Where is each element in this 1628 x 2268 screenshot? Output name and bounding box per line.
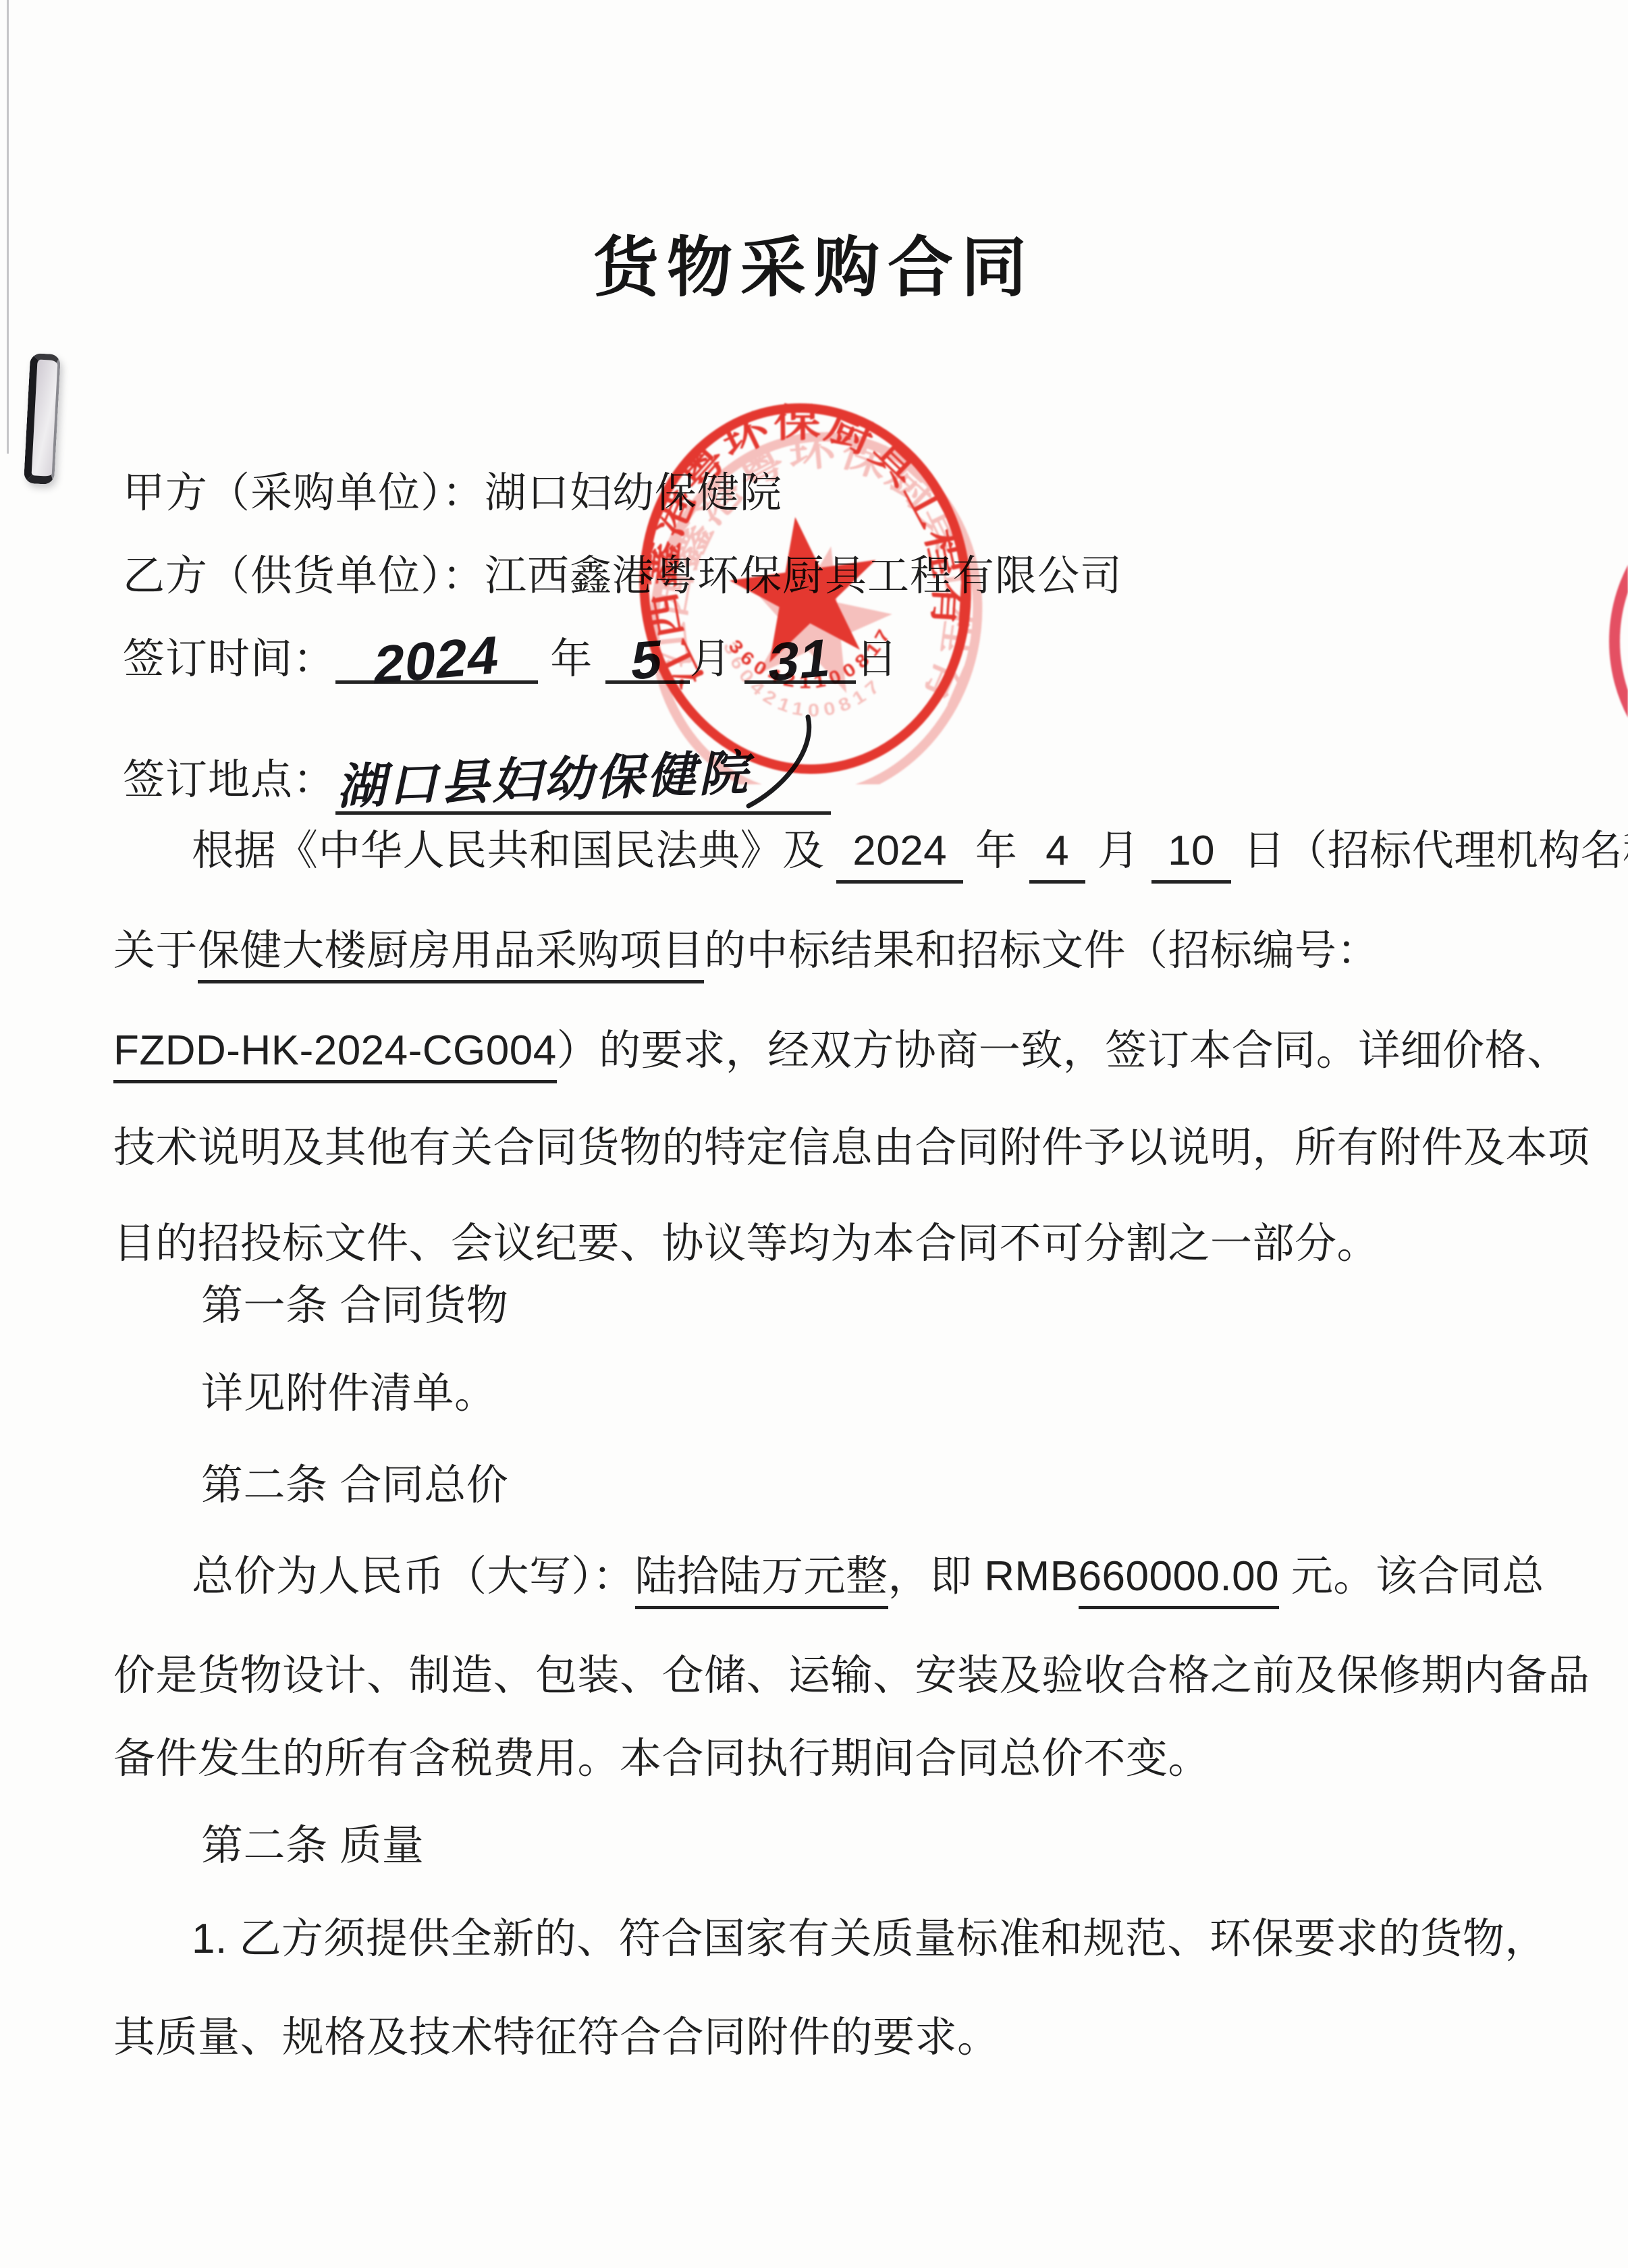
clause-heading: 第二条 合同总价 xyxy=(113,1451,1628,1511)
contract-line: 价是货物设计、制造、包装、仓储、运输、安装及验收合格之前及保修期内备品 xyxy=(113,1642,1558,1702)
year-unit: 年 xyxy=(550,636,593,682)
sign-time-year-blank: 2024 xyxy=(335,630,538,684)
contract-line: 详见附件清单。 xyxy=(113,1359,1628,1420)
sign-time-label: 签订时间： xyxy=(123,636,335,682)
clause-heading: 第一条 合同货物 xyxy=(113,1272,1628,1332)
contract-line: 技术说明及其他有关合同货物的特定信息由合同附件予以说明，所有附件及本项 xyxy=(113,1114,1558,1174)
contract-line: 备件发生的所有含税费用。本合同执行期间合同总价不变。 xyxy=(113,1725,1558,1785)
partial-stamp-right-edge xyxy=(1540,498,1628,788)
staple-mark xyxy=(24,353,61,485)
company-seal-stamp: 江西鑫港粤环保厨具工程有限公司 360421100817 xyxy=(626,393,984,784)
party-b-label: 乙方（供货单位）： xyxy=(123,553,485,599)
clause-heading: 第二条 质量 xyxy=(113,1812,1628,1872)
contract-line: 目的招投标文件、会议纪要、协议等均为本合同不可分割之一部分。 xyxy=(113,1210,1558,1270)
contract-line: FZDD-HK-2024-CG004）的要求，经双方协商一致，签订本合同。详细价… xyxy=(113,1017,1558,1077)
contract-line: 总价为人民币（大写）：陆拾陆万元整，即 RMB660000.00 元。该合同总 xyxy=(113,1542,1558,1602)
handwritten-year: 2024 xyxy=(371,630,502,690)
contract-line: 其质量、规格及技术特征符合合同附件的要求。 xyxy=(113,2003,1558,2063)
page-title: 货物采购合同 xyxy=(0,215,1628,309)
contract-page: 货物采购合同 甲方（采购单位）：湖口妇幼保健院 乙方（供货单位）：江西鑫港粤环保… xyxy=(0,0,1628,2268)
contract-line: 关于保健大楼厨房用品采购项目的中标结果和招标文件（招标编号： xyxy=(113,917,1558,977)
contract-line: 根据《中华人民共和国民法典》及 2024 年 4 月 10 日（招标代理机构名称… xyxy=(113,817,1558,877)
party-a-label: 甲方（采购单位）： xyxy=(123,470,485,516)
sign-place-label: 签订地点： xyxy=(123,757,335,803)
contract-line: 1. 乙方须提供全新的、符合国家有关质量标准和规范、环保要求的货物， xyxy=(113,1905,1558,1965)
